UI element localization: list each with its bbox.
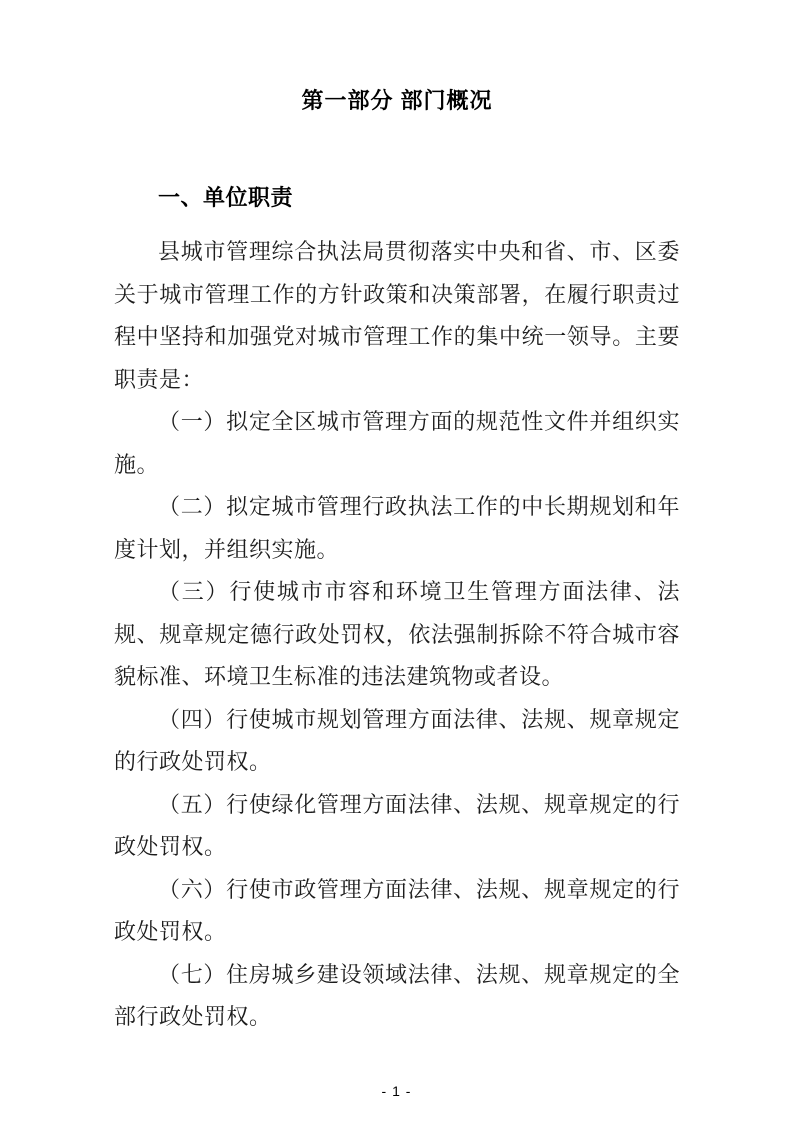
paragraph: 县城市管理综合执法局贯彻落实中央和省、市、区委关于城市管理工作的方针政策和决策部… [114,231,680,401]
paragraph: （七）住房城乡建设领域法律、法规、规章规定的全部行政处罚权。 [114,954,680,1039]
paragraph: （五）行使绿化管理方面法律、法规、规章规定的行政处罚权。 [114,784,680,869]
document-page: 第一部分 部门概况 一、单位职责 县城市管理综合执法局贯彻落实中央和省、市、区委… [0,0,793,1122]
section-heading: 一、单位职责 [114,184,680,212]
document-title: 第一部分 部门概况 [114,87,680,115]
paragraph: （四）行使城市规划管理方面法律、法规、规章规定的行政处罚权。 [114,699,680,784]
paragraph: （一）拟定全区城市管理方面的规范性文件并组织实施。 [114,401,680,486]
document-content: 第一部分 部门概况 一、单位职责 县城市管理综合执法局贯彻落实中央和省、市、区委… [114,0,680,1039]
paragraph: （三）行使城市市容和环境卫生管理方面法律、法规、规章规定德行政处罚权，依法强制拆… [114,571,680,699]
paragraphs: 县城市管理综合执法局贯彻落实中央和省、市、区委关于城市管理工作的方针政策和决策部… [114,231,680,1039]
paragraph: （六）行使市政管理方面法律、法规、规章规定的行政处罚权。 [114,869,680,954]
page-number: - 1 - [0,1083,793,1099]
paragraph: （二）拟定城市管理行政执法工作的中长期规划和年度计划，并组织实施。 [114,486,680,571]
